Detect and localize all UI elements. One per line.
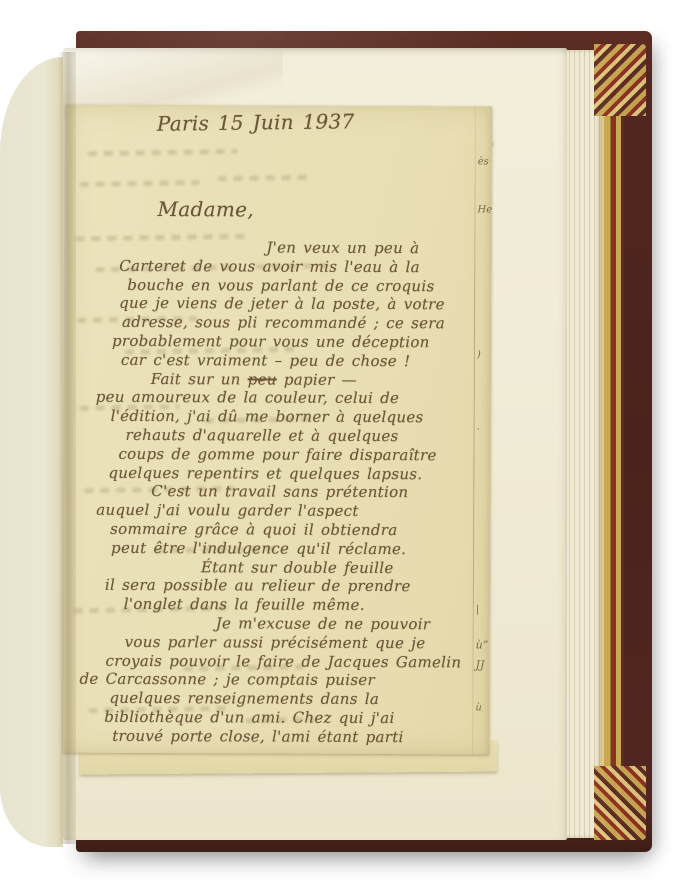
letter-line: Étant sur double feuille [201, 558, 476, 578]
letter-line: il sera possible au relieur de prendre [105, 576, 476, 596]
letter-line: croyais pouvoir le faire de Jacques Game… [106, 651, 476, 671]
letter-body: J'en veux un peu à Carteret de vous avoi… [115, 238, 477, 747]
letter-line: peu amoureux de la couleur, celui de [96, 388, 477, 408]
letter-sheet: Paris 15 Juin 1937 Madame, J'en veux un … [63, 105, 492, 755]
letter-line: l'onglet dans la feuille même. [124, 595, 476, 615]
letter-line: bouche en vous parlant de ce croquis [127, 275, 477, 295]
letter-line: vous parler aussi précisément que je [125, 633, 476, 653]
salutation: Madame, [157, 197, 253, 221]
edge-mark: JJ [476, 658, 485, 671]
line-fragment: papier — [277, 370, 357, 388]
edge-mark: · [477, 424, 480, 435]
page-edges [565, 50, 602, 838]
flyleaf-page [0, 57, 63, 847]
edge-mark: ù [475, 702, 482, 713]
letter-line: J'en veux un peu à [266, 239, 477, 259]
letter-line: l'édition, j'ai dû me borner à quelques [111, 407, 477, 427]
letter-line: sommaire grâce à quoi il obtiendra [110, 520, 476, 540]
letter-line: Je m'excuse de ne pouvoir [216, 614, 476, 634]
gilt-corner-bottom [594, 766, 646, 840]
edge-mark: ès [478, 156, 489, 167]
letter-line: que je viens de jeter à la poste, à votr… [119, 294, 477, 314]
letter-line: de Carcassonne ; je comptais puiser [79, 670, 475, 691]
edge-mark: ) [477, 349, 481, 360]
gutter-shadow [58, 52, 76, 844]
letter-line: car c'est vraiment – peu de chose ! [121, 351, 477, 371]
letter-line: probablement pour vous une déception [112, 332, 477, 352]
letter-line: coups de gomme pour faire disparaître [118, 445, 476, 465]
edge-mark: He [478, 204, 493, 215]
letter-line: rehauts d'aquarelle et à quelques [126, 426, 477, 446]
gilt-corner-top [594, 44, 646, 116]
letter-line: bibliothèque d'un ami. Chez qui j'ai [104, 708, 475, 728]
struck-word: peu [248, 370, 277, 388]
edge-mark: ù” [476, 638, 489, 651]
letter-line: Fait sur un peu papier — [151, 370, 477, 390]
letter-line: Carteret de vous avoir mis l'eau à la [119, 257, 477, 277]
letter-line: trouvé porte close, l'ami étant parti [112, 727, 475, 747]
letter-line: peut être l'indulgence qu'il réclame. [111, 539, 476, 559]
letter-line: quelques repentirs et quelques lapsus. [108, 463, 476, 483]
letter-line: adresse, sous pli recommandé ; ce sera [122, 313, 477, 333]
letter-line: quelques renseignements dans la [109, 689, 475, 709]
letter-line: auquel j'ai voulu garder l'aspect [96, 501, 476, 521]
date-line: Paris 15 Juin 1937 [157, 109, 355, 136]
line-fragment: Fait sur un [151, 370, 248, 388]
edge-mark: | [476, 604, 479, 615]
letter-line: C'est un travail sans prétention [151, 482, 476, 502]
gilt-dentelle-border [602, 46, 624, 840]
photograph-backdrop: Paris 15 Juin 1937 Madame, J'en veux un … [0, 0, 700, 890]
